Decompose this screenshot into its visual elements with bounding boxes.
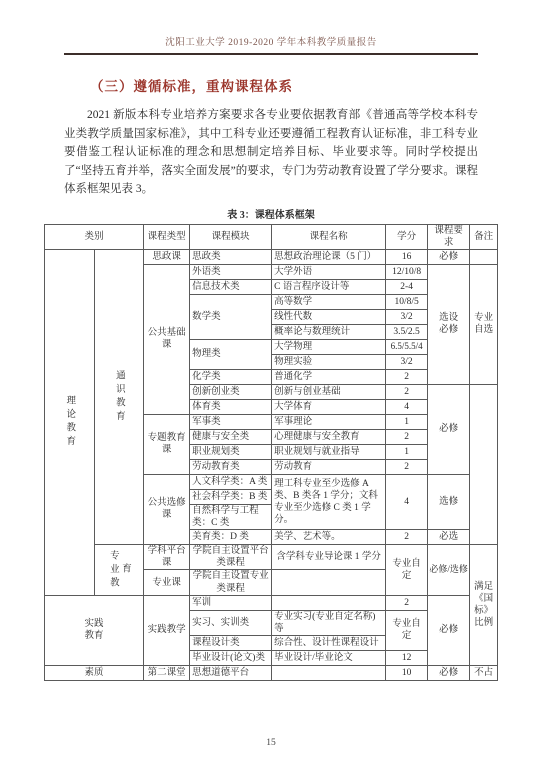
table-cell: 毕业设计(论文)类	[190, 651, 272, 666]
table-cell: 1	[386, 414, 428, 429]
table-cell: 高等数学	[272, 294, 386, 309]
column-header: 类别	[44, 224, 143, 249]
table-cell: 军事类	[190, 414, 272, 429]
table-cell: 2	[386, 384, 428, 399]
table-cell: 必修/选修	[428, 545, 470, 596]
course-framework-table: 类别课程类型课程模块课程名称学分课程要求备注理论教育通识教育思政课思政类思想政治…	[44, 224, 498, 682]
table-cell: 创新创业类	[190, 384, 272, 399]
table-cell: 概率论与数理统计	[272, 324, 386, 339]
table-cell: 专业 自选	[470, 264, 498, 384]
table-cell: 第二课堂	[144, 666, 190, 681]
table-cell: 10	[386, 666, 428, 681]
table-cell: 16	[386, 249, 428, 264]
table-cell: 心理健康与安全教育	[272, 429, 386, 444]
table-cell	[272, 666, 386, 681]
table-cell: 学院自主设置专业类课程	[190, 570, 272, 595]
table-cell: 毕业设计/毕业论文	[272, 651, 386, 666]
table-cell: 2-4	[386, 279, 428, 294]
table-cell: 素质	[44, 666, 143, 681]
table-cell: 劳动教育类	[190, 459, 272, 474]
table-cell	[272, 570, 386, 595]
table-cell: 物理实验	[272, 354, 386, 369]
table-cell: 12/10/8	[386, 264, 428, 279]
table-cell: 6.5/5.5/4	[386, 339, 428, 354]
table-cell: 4	[386, 399, 428, 414]
table-cell: 2	[386, 369, 428, 384]
table-cell: 专业实习(专业自定名称)等	[272, 610, 386, 635]
table-cell: 军训	[190, 595, 272, 610]
table-cell: 通识教育	[94, 249, 144, 544]
table-cell: 思想政治理论课（5 门）	[272, 249, 386, 264]
table-cell: 3.5/2.5	[386, 324, 428, 339]
body-paragraph: 2021 新版本科专业培养方案要求各专业要依据教育部《普通高等学校本科专业类教学…	[64, 106, 478, 199]
section-heading: （三）遵循标准，重构课程体系	[90, 75, 478, 95]
table-cell: 物理类	[190, 339, 272, 369]
table-cell: 军事理论	[272, 414, 386, 429]
table-cell: 职业规划类	[190, 444, 272, 459]
table-cell: 专题教育课	[144, 414, 190, 474]
table-cell: 2	[386, 595, 428, 610]
table-cell: 必修	[428, 595, 470, 665]
table-cell: 2	[386, 429, 428, 444]
table-cell	[470, 384, 498, 544]
column-header: 备注	[470, 224, 498, 249]
table-cell: 专业课	[144, 570, 190, 595]
table-cell: 思政课	[144, 249, 190, 264]
table-cell: 理论教育	[44, 249, 94, 595]
table-cell: 外语类	[190, 264, 272, 279]
table-cell: 信息技术类	[190, 279, 272, 294]
table-cell: 12	[386, 651, 428, 666]
table-cell: 理工科专业至少选修 A 类、B 类各 1 学分；文科专业至少选修 C 类 1 学…	[272, 474, 386, 529]
table-cell: 2	[386, 530, 428, 545]
table-cell: 专业自定	[386, 610, 428, 650]
table-cell: 必修	[428, 384, 470, 474]
table-cell: 大学体育	[272, 399, 386, 414]
table-cell: 学院自主设置平台类课程	[190, 545, 272, 570]
table-cell: 线性代数	[272, 309, 386, 324]
table-cell: 必修	[428, 249, 470, 264]
table-cell: 实践 教育	[44, 595, 143, 665]
table-cell: 实践教学	[144, 595, 190, 665]
table-cell: 课程设计类	[190, 636, 272, 651]
table-cell: 人文科学类：A 类	[190, 474, 272, 489]
table-cell: 化学类	[190, 369, 272, 384]
table-cell: 不占	[470, 666, 498, 681]
table-cell: 选设 必修	[428, 264, 470, 384]
table-cell: 2	[386, 459, 428, 474]
table-cell: 大学外语	[272, 264, 386, 279]
table-cell: 4	[386, 474, 428, 529]
table-cell: 专业自定	[386, 545, 428, 596]
table-cell: 思想道德平台	[190, 666, 272, 681]
table-cell: 综合性、设计性课程设计	[272, 636, 386, 651]
table-caption: 表 3：课程体系框架	[0, 206, 542, 221]
table-cell: 选修	[428, 474, 470, 529]
table-cell: 实习、实训类	[190, 610, 272, 635]
table-cell: 3/2	[386, 354, 428, 369]
table-cell: 职业规划与就业指导	[272, 444, 386, 459]
column-header: 学分	[386, 224, 428, 249]
column-header: 课程类型	[144, 224, 190, 249]
table-cell	[470, 249, 498, 264]
table-cell: 含学科专业导论课 1 学分	[272, 545, 386, 570]
table-cell: 美育类：D 类	[190, 530, 272, 545]
table-cell: 大学物理	[272, 339, 386, 354]
table-cell: 普通化学	[272, 369, 386, 384]
table-cell: 劳动教育	[272, 459, 386, 474]
table-cell: C 语言程序设计等	[272, 279, 386, 294]
table-cell: 3/2	[386, 309, 428, 324]
column-header: 课程名称	[272, 224, 386, 249]
table-cell: 数学类	[190, 294, 272, 339]
table-cell: 思政类	[190, 249, 272, 264]
table-cell: 满足 《国 标》 比例	[470, 545, 498, 666]
table-cell	[272, 595, 386, 610]
table-cell: 社会科学类：B 类	[190, 489, 272, 504]
table-cell: 自然科学与工程类：C 类	[190, 504, 272, 529]
table-cell: 创新与创业基础	[272, 384, 386, 399]
table-cell: 公共基础课	[144, 264, 190, 414]
table-cell: 1	[386, 444, 428, 459]
table-cell: 学科平台课	[144, 545, 190, 570]
table-cell: 美学、艺术等。	[272, 530, 386, 545]
running-header: 沈阳工业大学 2019-2020 学年本科教学质量报告	[64, 34, 478, 55]
table-cell: 体育类	[190, 399, 272, 414]
table-cell: 公共选修课	[144, 474, 190, 544]
table-cell: 必选	[428, 530, 470, 545]
page-number: 15	[0, 738, 542, 748]
document-page: 沈阳工业大学 2019-2020 学年本科教学质量报告 （三）遵循标准，重构课程…	[0, 0, 542, 768]
table-cell: 必修	[428, 666, 470, 681]
column-header: 课程要求	[428, 224, 470, 249]
table-cell: 10/8/5	[386, 294, 428, 309]
column-header: 课程模块	[190, 224, 272, 249]
table-cell: 健康与安全类	[190, 429, 272, 444]
table-cell: 专业教育	[94, 545, 144, 596]
